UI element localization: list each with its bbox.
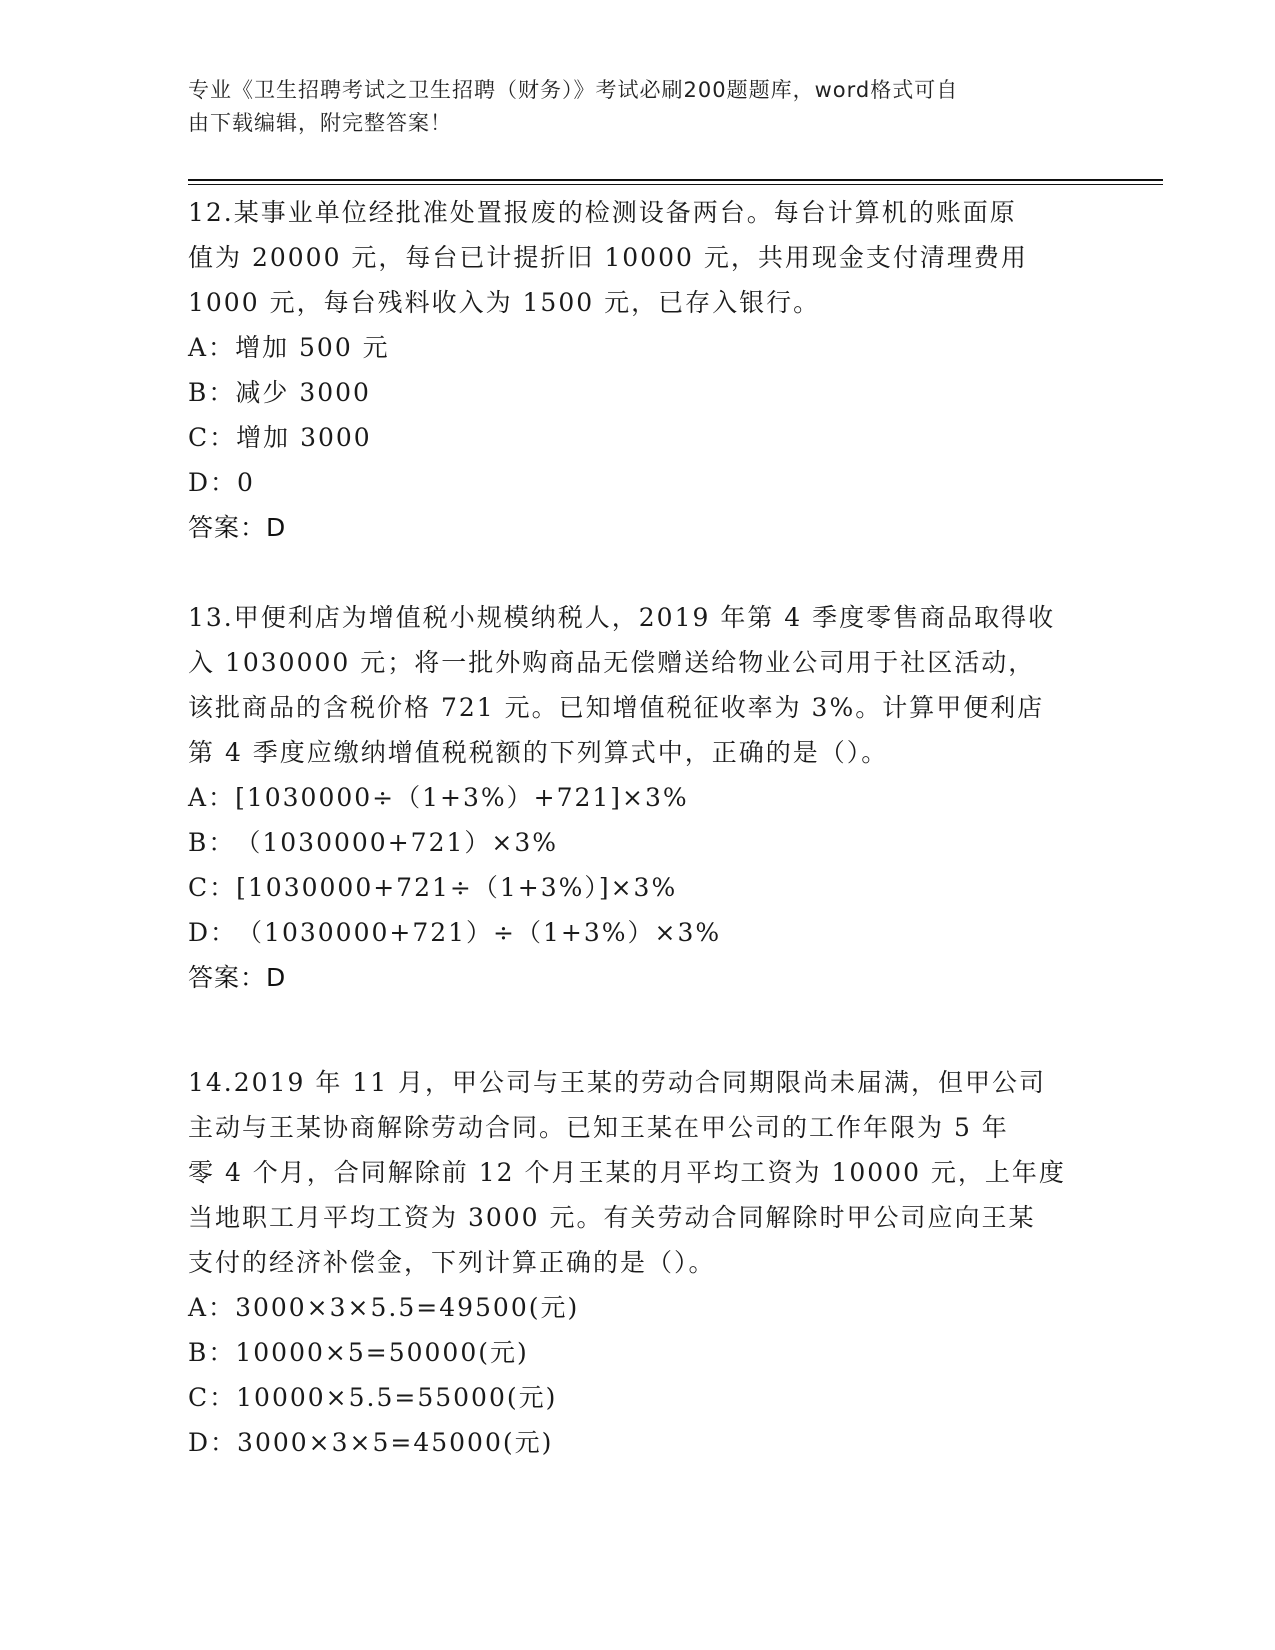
header-divider-thin xyxy=(188,184,1163,185)
option-text: 增加 500 元 xyxy=(235,333,390,362)
option-a: A：增加 500 元 xyxy=(188,325,1078,370)
stem-line: 值为 20000 元，每台已计提折旧 10000 元，共用现金支付清理费用 xyxy=(188,235,1078,280)
option-b: B：减少 3000 xyxy=(188,370,1078,415)
question-13: 13.甲便利店为增值税小规模纳税人，2019 年第 4 季度零售商品取得收 入 … xyxy=(188,595,1078,1000)
option-letter: C： xyxy=(188,1375,236,1420)
question-12: 12.某事业单位经批准处置报废的检测设备两台。每台计算机的账面原 值为 2000… xyxy=(188,190,1078,550)
stem-line: 入 1030000 元；将一批外购商品无偿赠送给物业公司用于社区活动， xyxy=(188,640,1078,685)
answer-value: D xyxy=(266,513,286,542)
option-text: 3000×3×5.5=49500(元) xyxy=(235,1293,579,1322)
option-text: 3000×3×5=45000(元) xyxy=(237,1428,553,1457)
answer-label: 答案： xyxy=(188,513,266,542)
option-c: C：增加 3000 xyxy=(188,415,1078,460)
option-b: B：10000×5=50000(元) xyxy=(188,1330,1078,1375)
question-stem: 12.某事业单位经批准处置报废的检测设备两台。每台计算机的账面原 值为 2000… xyxy=(188,190,1078,325)
stem-line: 2019 年 11 月，甲公司与王某的劳动合同期限尚未届满，但甲公司 xyxy=(234,1068,1046,1097)
option-text: [1030000+721÷（1+3%）]×3% xyxy=(236,873,677,902)
stem-line: 1000 元，每台残料收入为 1500 元，已存入银行。 xyxy=(188,280,1078,325)
option-letter: A： xyxy=(188,775,235,820)
option-text: 10000×5.5=55000(元) xyxy=(236,1383,557,1412)
answer-label: 答案： xyxy=(188,963,266,992)
question-number: 14. xyxy=(188,1068,234,1097)
stem-line: 零 4 个月，合同解除前 12 个月王某的月平均工资为 10000 元，上年度 xyxy=(188,1150,1078,1195)
stem-line: 支付的经济补偿金，下列计算正确的是（）。 xyxy=(188,1240,1078,1285)
option-letter: D： xyxy=(188,460,237,505)
option-text: 减少 3000 xyxy=(235,378,371,407)
option-letter: B： xyxy=(188,1330,235,1375)
option-text: 10000×5=50000(元) xyxy=(235,1338,528,1367)
option-d: D：0 xyxy=(188,460,1078,505)
question-number: 12. xyxy=(188,198,234,227)
document-page: 专业《卫生招聘考试之卫生招聘（财务）》考试必刷200题题库，word格式可自 由… xyxy=(0,0,1275,1650)
option-text: [1030000÷（1+3%）+721]×3% xyxy=(235,783,689,812)
option-a: A：[1030000÷（1+3%）+721]×3% xyxy=(188,775,1078,820)
option-letter: D： xyxy=(188,910,237,955)
header-intro-line-2: 由下载编辑，附完整答案！ xyxy=(188,107,1068,140)
stem-line: 主动与王某协商解除劳动合同。已知王某在甲公司的工作年限为 5 年 xyxy=(188,1105,1078,1150)
question-14: 14.2019 年 11 月，甲公司与王某的劳动合同期限尚未届满，但甲公司 主动… xyxy=(188,1060,1078,1465)
header-divider-thick xyxy=(188,179,1163,181)
option-letter: C： xyxy=(188,415,236,460)
option-c: C：[1030000+721÷（1+3%）]×3% xyxy=(188,865,1078,910)
answer: 答案：D xyxy=(188,955,1078,1000)
option-text: （1030000+721）×3% xyxy=(235,828,558,857)
option-d: D：3000×3×5=45000(元) xyxy=(188,1420,1078,1465)
option-letter: B： xyxy=(188,820,235,865)
question-stem: 14.2019 年 11 月，甲公司与王某的劳动合同期限尚未届满，但甲公司 主动… xyxy=(188,1060,1078,1285)
option-letter: B： xyxy=(188,370,235,415)
option-text: 增加 3000 xyxy=(236,423,372,452)
stem-line: 第 4 季度应缴纳增值税税额的下列算式中，正确的是（）。 xyxy=(188,730,1078,775)
question-stem: 13.甲便利店为增值税小规模纳税人，2019 年第 4 季度零售商品取得收 入 … xyxy=(188,595,1078,775)
stem-line: 某事业单位经批准处置报废的检测设备两台。每台计算机的账面原 xyxy=(234,198,1017,227)
option-a: A：3000×3×5.5=49500(元) xyxy=(188,1285,1078,1330)
option-letter: A： xyxy=(188,1285,235,1330)
option-c: C：10000×5.5=55000(元) xyxy=(188,1375,1078,1420)
document-header: 专业《卫生招聘考试之卫生招聘（财务）》考试必刷200题题库，word格式可自 由… xyxy=(188,74,1068,140)
option-text: （1030000+721）÷（1+3%）×3% xyxy=(237,918,721,947)
answer: 答案：D xyxy=(188,505,1078,550)
option-letter: D： xyxy=(188,1420,237,1465)
question-number: 13. xyxy=(188,603,234,632)
answer-value: D xyxy=(266,963,286,992)
header-intro-line-1: 专业《卫生招聘考试之卫生招聘（财务）》考试必刷200题题库，word格式可自 xyxy=(188,74,1068,107)
stem-line: 甲便利店为增值税小规模纳税人，2019 年第 4 季度零售商品取得收 xyxy=(234,603,1055,632)
option-letter: A： xyxy=(188,325,235,370)
option-d: D：（1030000+721）÷（1+3%）×3% xyxy=(188,910,1078,955)
option-letter: C： xyxy=(188,865,236,910)
option-text: 0 xyxy=(237,468,255,497)
option-b: B：（1030000+721）×3% xyxy=(188,820,1078,865)
stem-line: 当地职工月平均工资为 3000 元。有关劳动合同解除时甲公司应向王某 xyxy=(188,1195,1078,1240)
stem-line: 该批商品的含税价格 721 元。已知增值税征收率为 3%。计算甲便利店 xyxy=(188,685,1078,730)
